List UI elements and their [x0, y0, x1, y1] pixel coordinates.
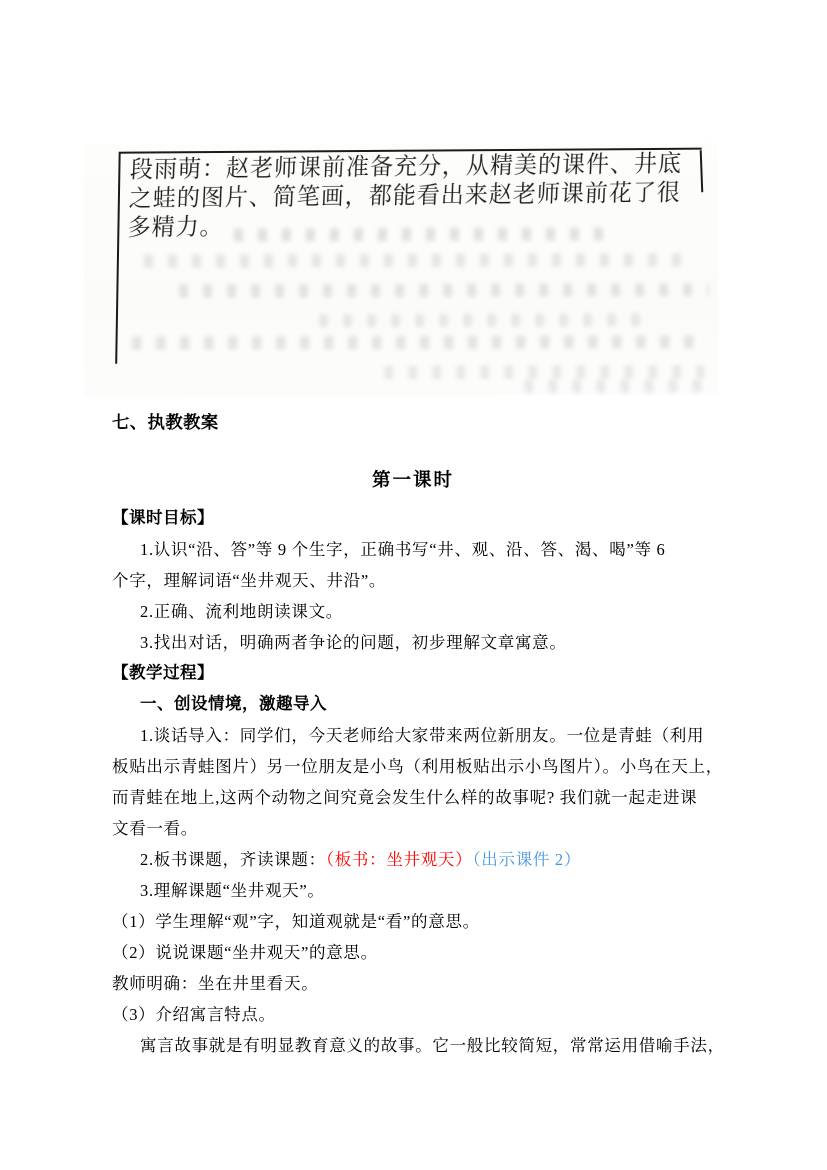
text-segment: 一、创设情境，激趣导入: [140, 695, 327, 713]
text-segment: 3.理解课题“坐井观天”。: [140, 881, 325, 900]
text-segment: （1）学生理解“观”字，知道观就是“看”的意思。: [112, 912, 480, 931]
doc-line: 板贴出示青蛙图片）另一位朋友是小鸟（利用板贴出示小鸟图片）。小鸟在天上，: [112, 751, 714, 782]
doc-line: 【教学过程】: [112, 658, 714, 689]
document-page: 段雨萌：赵老师课前准备充分，从精美的课件、井底 之蛙的图片、简笔画，都能看出来赵…: [0, 0, 827, 1170]
doc-line: （1）学生理解“观”字，知道观就是“看”的意思。: [112, 906, 714, 937]
doc-line: 3.理解课题“坐井观天”。: [112, 875, 714, 906]
doc-line: 寓言故事就是有明显教育意义的故事。它一般比较简短，常常运用借喻手法，: [112, 1030, 714, 1061]
text-segment: 1.谈话导入：同学们，今天老师给大家带来两位新朋友。一位是青蛙（利用: [140, 726, 704, 745]
text-segment: 【教学过程】: [112, 664, 214, 682]
doc-line: 2.正确、流利地朗读课文。: [112, 596, 714, 627]
highlighted-text-segment: （板书：坐井观天）: [326, 850, 473, 869]
note-border-left: [115, 152, 121, 364]
bleedthrough-artifact: [319, 313, 649, 327]
bleedthrough-artifact: [384, 365, 704, 379]
doc-line: （3）介绍寓言特点。: [112, 999, 714, 1030]
text-segment: 文看一看。: [112, 819, 198, 838]
text-segment: （2）说说课题“坐井观天”的意思。: [112, 943, 378, 962]
bleedthrough-artifact: [132, 335, 707, 350]
text-segment: 1.认识“沿、答”等 9 个生字，正确书写“井、观、沿、答、渴、喝”等 6: [140, 540, 665, 559]
text-segment: 2.板书课题，齐读课题：: [140, 850, 326, 869]
doc-line: 教师明确：坐在井里看天。: [112, 968, 714, 999]
highlighted-text-segment: （出示课件 2）: [472, 850, 581, 869]
bleedthrough-artifact: [179, 283, 709, 297]
text-segment: 【课时目标】: [112, 509, 214, 527]
doc-line: 3.找出对话，明确两者争论的问题，初步理解文章寓意。: [112, 627, 714, 658]
scanned-note-image: 段雨萌：赵老师课前准备充分，从精美的课件、井底 之蛙的图片、简笔画，都能看出来赵…: [84, 143, 719, 397]
text-segment: 2.正确、流利地朗读课文。: [140, 602, 343, 621]
doc-line: 1.认识“沿、答”等 9 个生字，正确书写“井、观、沿、答、渴、喝”等 6: [112, 534, 714, 565]
text-segment: 个字，理解词语“坐井观天、井沿”。: [112, 571, 386, 590]
doc-line: 1.谈话导入：同学们，今天老师给大家带来两位新朋友。一位是青蛙（利用: [112, 720, 714, 751]
doc-line: 2.板书课题，齐读课题：（板书：坐井观天）（出示课件 2）: [112, 844, 714, 875]
doc-line: 而青蛙在地上,这两个动物之间究竟会发生什么样的故事呢? 我们就一起走进课: [112, 782, 714, 813]
text-segment: （3）介绍寓言特点。: [112, 1005, 276, 1024]
bleedthrough-artifact: [234, 227, 614, 241]
bleedthrough-artifact: [524, 379, 704, 392]
text-segment: 板贴出示青蛙图片）另一位朋友是小鸟（利用板贴出示小鸟图片）。小鸟在天上，: [112, 757, 723, 776]
section-heading: 七、执教教案: [112, 412, 714, 432]
doc-line: 个字，理解词语“坐井观天、井沿”。: [112, 565, 714, 596]
bleedthrough-artifact: [144, 253, 689, 267]
text-segment: 而青蛙在地上,这两个动物之间究竟会发生什么样的故事呢? 我们就一起走进课: [112, 788, 697, 807]
body-text: 【课时目标】1.认识“沿、答”等 9 个生字，正确书写“井、观、沿、答、渴、喝”…: [112, 503, 714, 1061]
doc-line: 文看一看。: [112, 813, 714, 844]
text-segment: 教师明确：坐在井里看天。: [112, 974, 318, 993]
doc-line: 一、创设情境，激趣导入: [112, 689, 714, 720]
text-segment: 寓言故事就是有明显教育意义的故事。它一般比较简短，常常运用借喻手法，: [140, 1036, 725, 1055]
lesson-title: 第一课时: [112, 468, 714, 492]
doc-line: 【课时目标】: [112, 503, 714, 534]
doc-line: （2）说说课题“坐井观天”的意思。: [112, 937, 714, 968]
text-segment: 3.找出对话，明确两者争论的问题，初步理解文章寓意。: [140, 633, 567, 652]
lesson-plan-document: 七、执教教案 第一课时 【课时目标】1.认识“沿、答”等 9 个生字，正确书写“…: [112, 412, 714, 1061]
